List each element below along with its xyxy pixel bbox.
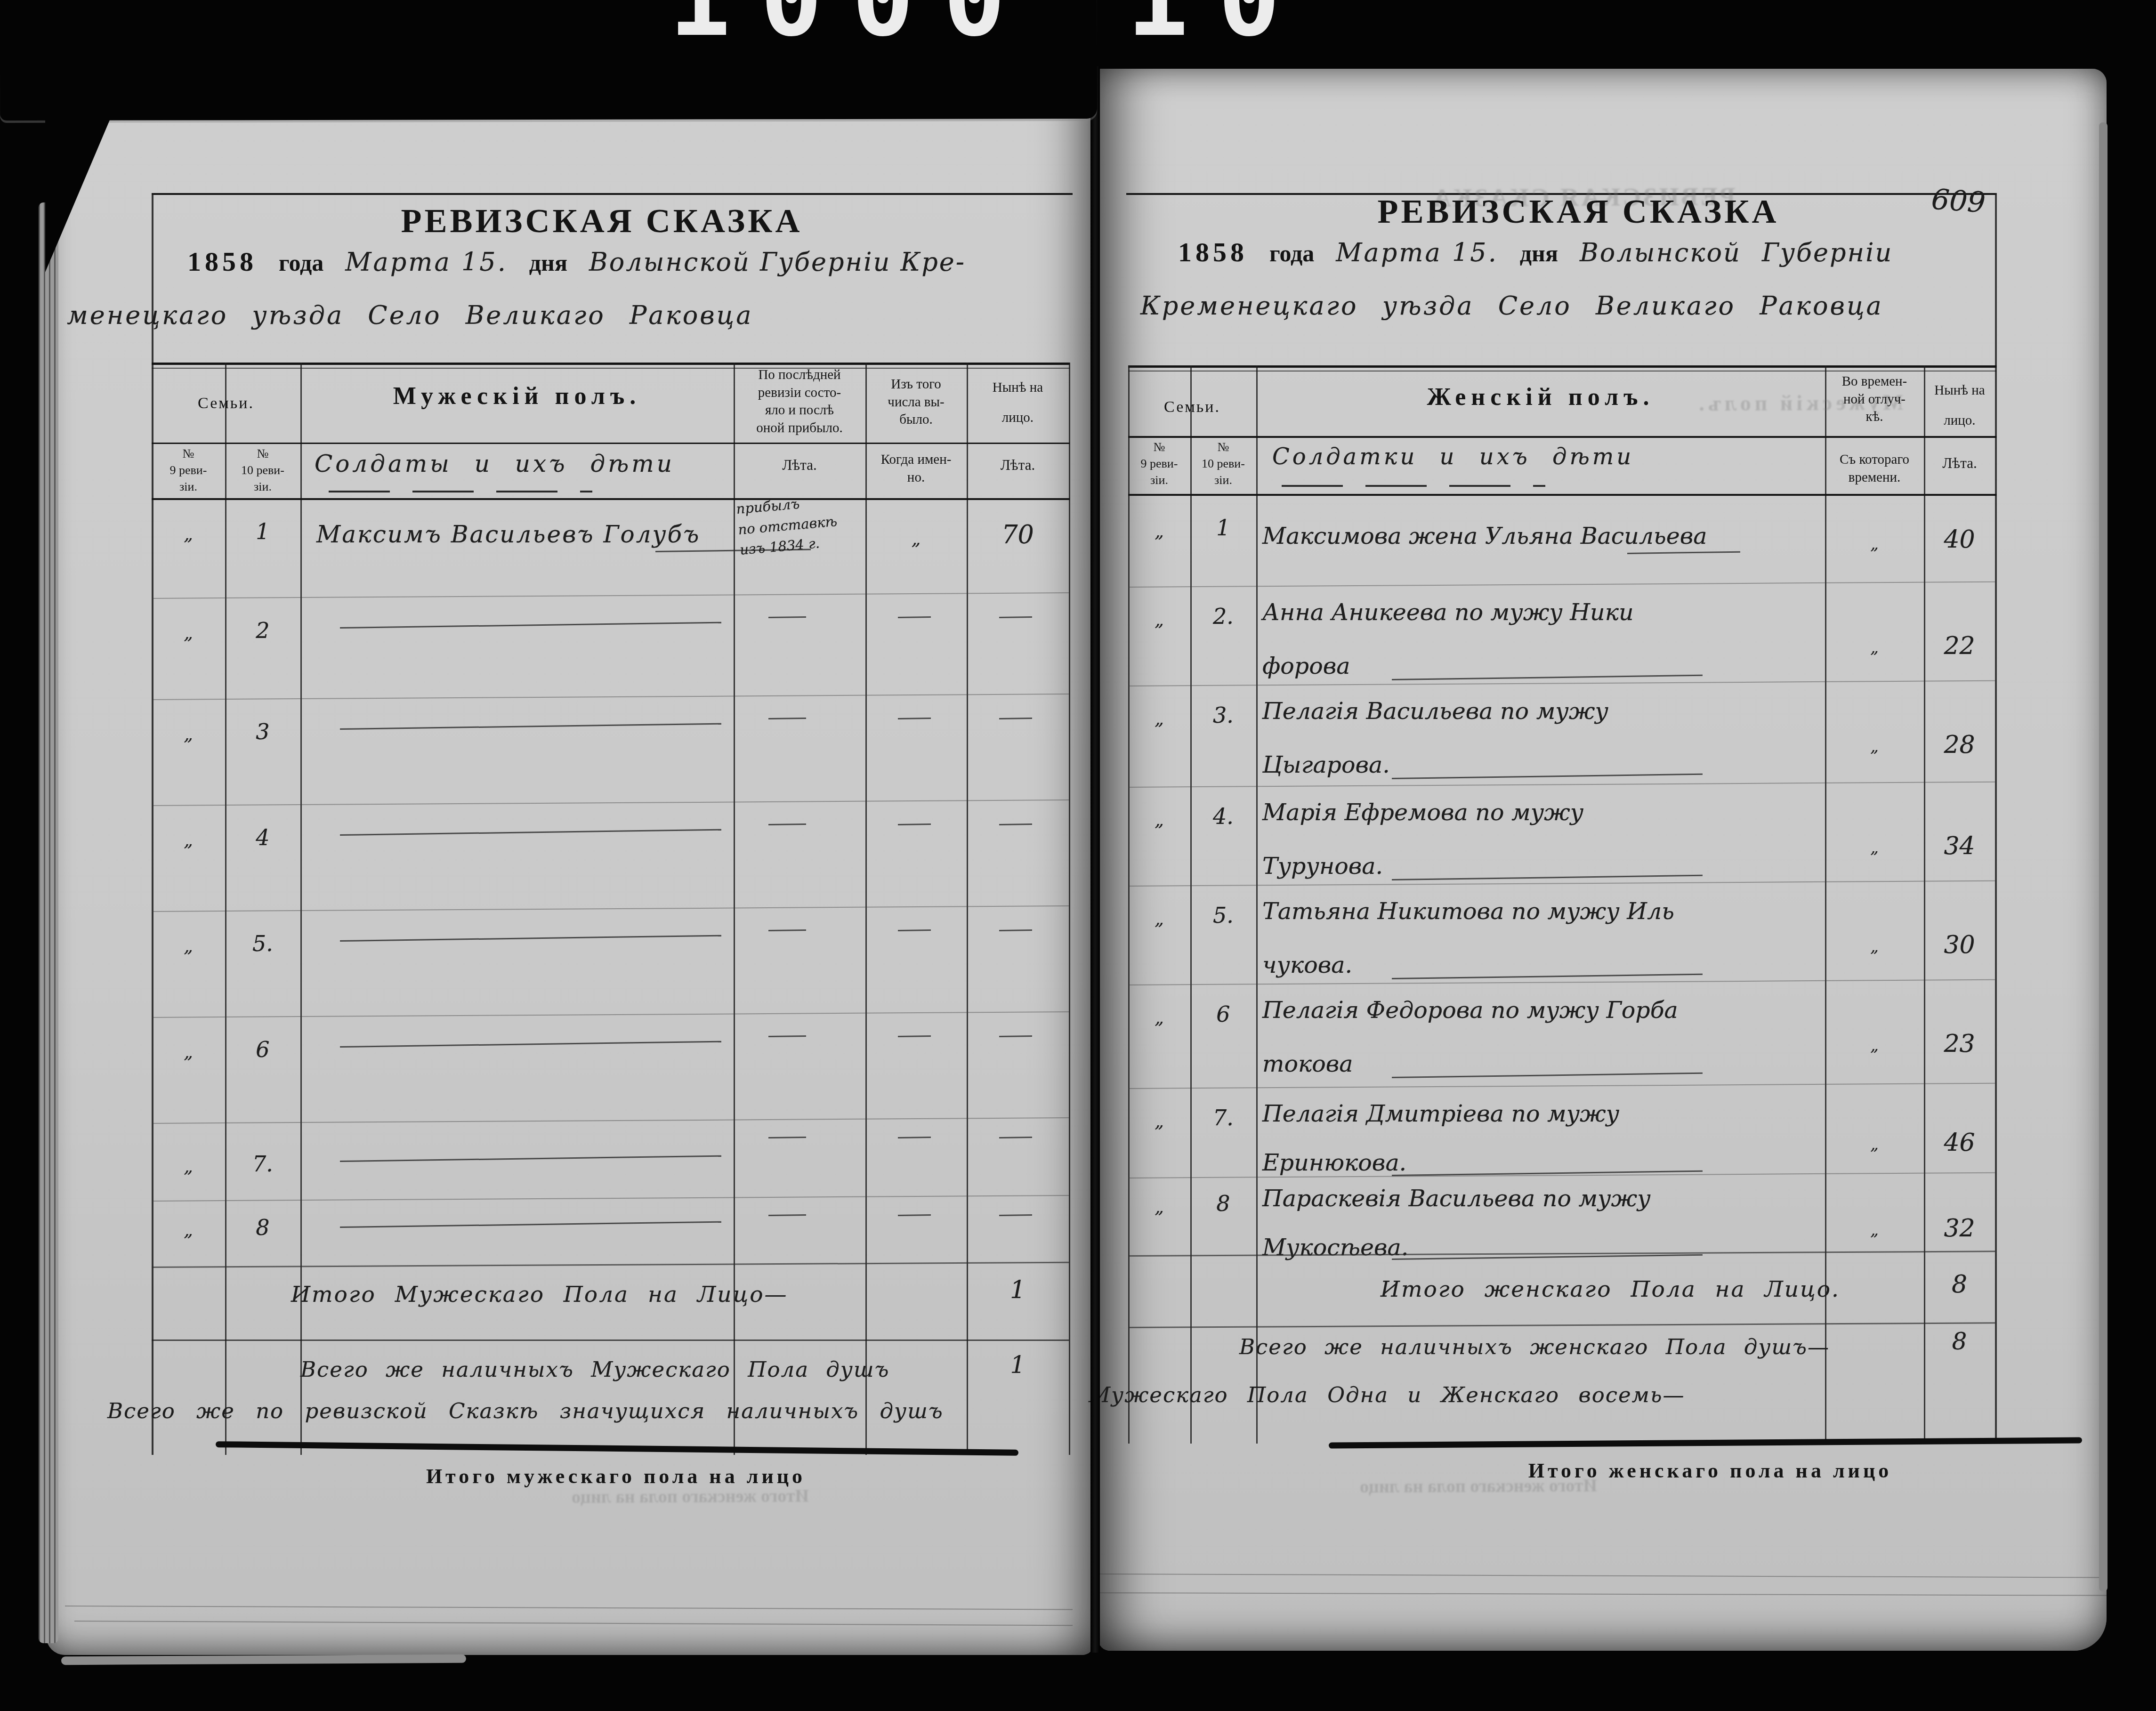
col-header-present: Нынѣ на лицо.	[968, 373, 1068, 433]
person-name: Максимова жена Ульяна Васильева	[1262, 523, 1707, 549]
blank-entry-line	[340, 1155, 721, 1162]
dash-mark	[768, 929, 806, 931]
person-name-line1: Пелагія Дмитріева по мужу	[1262, 1100, 1619, 1127]
grand-total-continuation: Мужескаго Пола Одна и Женскаго восемь—	[1089, 1382, 1785, 1407]
totals-divider-rule	[1128, 1322, 1995, 1328]
total-on-hand-value: 1	[967, 1276, 1069, 1304]
col-header-male-sex: Мужескій полъ.	[300, 382, 734, 410]
dash-mark	[999, 1214, 1032, 1216]
age-value: 28	[1924, 731, 1995, 759]
page-edge-crease	[74, 1621, 1073, 1626]
family-number: 4.	[1190, 804, 1256, 829]
col-header-present: Нынѣ на лицо.	[1925, 376, 1995, 436]
total-on-hand-label: Итого женскаго Пола на Лицо.	[1381, 1276, 1908, 1302]
person-name-line2: Еринюкова.	[1262, 1149, 1406, 1176]
age-value: 23	[1924, 1030, 1995, 1058]
family-number: 5.	[1190, 903, 1256, 928]
family-number: 7.	[1190, 1105, 1256, 1130]
dash-mark	[768, 1035, 806, 1037]
age-value: 32	[1924, 1214, 1995, 1243]
family-number: 6	[225, 1037, 300, 1062]
table-row: „ 7. Пелагія Дмитріева по мужу Еринюкова…	[1128, 1088, 1995, 1178]
ditto-mark: „	[1128, 708, 1190, 729]
entry-trailing-line	[1627, 551, 1740, 554]
col-header-revision10: № 10 реви- зіи.	[1190, 439, 1256, 488]
ditto-mark: „	[1128, 1007, 1190, 1028]
dash-mark	[898, 616, 931, 618]
ditto-mark: „	[1825, 737, 1924, 756]
ditto-mark: „	[1128, 609, 1190, 630]
entry-trailing-line	[1392, 675, 1703, 680]
person-name-line2: токова	[1262, 1050, 1353, 1077]
entry-trailing-line	[1392, 774, 1703, 779]
printed-footer-male: Итого мужескаго пола на лицо	[225, 1464, 1007, 1488]
ditto-mark: „	[152, 524, 225, 544]
ditto-mark: „	[1128, 521, 1190, 541]
ditto-mark: „	[152, 1041, 225, 1062]
revision-date-line: 1858 года Марта 15. дня Волынской Губерн…	[1178, 236, 1893, 268]
table-right-rule	[1069, 363, 1070, 1455]
age-value: 40	[1924, 525, 1995, 554]
table-row: „ 4	[152, 805, 1069, 911]
sum-souls-label: Всего же наличныхъ женскаго Пола душъ—	[1239, 1334, 1898, 1359]
family-number: 2	[225, 618, 300, 643]
age-value: 46	[1924, 1129, 1995, 1157]
category-header-handwritten: Солдатки и ихъ дѣти	[1272, 444, 1720, 470]
person-name-line1: Пелагія Васильева по мужу	[1262, 698, 1608, 725]
sum-souls-value: 1	[967, 1351, 1069, 1379]
table-top-rule-thin	[1128, 371, 1996, 371]
dash-mark	[999, 929, 1032, 931]
entry-trailing-line	[1392, 875, 1703, 880]
page-edge-crease	[1098, 1592, 2107, 1596]
bleedthrough-footer-text: Итого женскаго пола на лицо	[1136, 1475, 1597, 1498]
ditto-mark: „	[152, 830, 225, 850]
table-row: „ 5. Татьяна Никитова по мужу Иль чукова…	[1128, 886, 1995, 985]
blank-entry-line	[340, 1041, 721, 1048]
family-number: 2.	[1190, 604, 1256, 629]
family-number: 8	[225, 1215, 300, 1240]
entry-trailing-line	[1392, 1254, 1703, 1260]
col-header-departed: Изъ того числа вы- было.	[866, 376, 966, 429]
family-number: 7.	[225, 1151, 300, 1177]
ditto-mark: „	[1825, 535, 1924, 554]
grand-total-line: Всего же по ревизской Сказкѣ значущихся …	[107, 1398, 1106, 1423]
totals-divider-rule	[152, 1340, 1069, 1341]
left-frame-top-rule	[152, 193, 1073, 195]
ditto-mark: „	[1825, 937, 1924, 956]
dash-mark	[898, 1137, 931, 1138]
dash-mark	[768, 823, 806, 825]
date-dnya-label: дня	[529, 249, 567, 276]
ditto-mark: „	[1825, 1221, 1924, 1240]
dash-mark	[768, 718, 806, 719]
table-row: „ 7.	[152, 1123, 1069, 1201]
blank-entry-line	[340, 829, 721, 836]
microfilm-scan: РЕВИЗСКАЯ СКАЗКА 1858 года Марта 15. дня…	[0, 0, 2156, 1711]
col-header-absent: Во времен- ной отлуч- кѣ.	[1826, 373, 1923, 426]
person-name: Максимъ Васильевъ Голубъ	[316, 521, 700, 548]
table-row: „ 1 Максимова жена Ульяна Васильева „ 40	[1128, 498, 1995, 587]
header-divider-rule	[1128, 436, 1996, 438]
person-name-line2: форова	[1262, 653, 1350, 679]
ditto-mark: „	[152, 936, 225, 956]
total-on-hand-value: 8	[1924, 1270, 1995, 1299]
dash-mark	[999, 823, 1032, 825]
family-number: 5.	[225, 931, 300, 956]
table-row: „ 3	[152, 699, 1069, 805]
left-page: РЕВИЗСКАЯ СКАЗКА 1858 года Марта 15. дня…	[46, 80, 1094, 1655]
date-year: 1858	[1178, 236, 1248, 268]
family-number: 6	[1190, 1001, 1256, 1027]
family-number: 3.	[1190, 702, 1256, 728]
film-frame-counter: 1000 10	[669, 0, 1337, 53]
col-header-revision10: № 10 реви- зіи.	[225, 445, 300, 495]
date-year: 1858	[187, 246, 257, 277]
category-header-handwritten: Солдаты и ихъ дѣти	[315, 450, 738, 477]
page-stack-edges-right	[2099, 122, 2108, 1591]
person-name-line2: Цыгарова.	[1262, 751, 1390, 778]
person-name-line1: Пелагія Федорова по мужу Горба	[1262, 997, 1678, 1024]
page-number: 609	[1930, 183, 2036, 223]
table-row: „ 2. Анна Аникеева по мужу Ники форова „…	[1128, 587, 1995, 686]
col-header-age: Лѣта.	[735, 457, 864, 474]
age-value: 70	[967, 520, 1069, 549]
col-header-revision9: № 9 реви- зіи.	[1128, 439, 1190, 488]
sum-souls-label: Всего же наличныхъ Мужескаго Пола душъ	[300, 1357, 969, 1382]
col-header-when-exactly: Когда имен- но.	[866, 451, 966, 486]
page-edge-crease	[65, 1606, 1073, 1610]
col-header-age2: Лѣта.	[968, 457, 1068, 474]
dash-mark	[898, 929, 931, 931]
date-goda-label: года	[1269, 240, 1314, 267]
dash-mark	[999, 616, 1032, 618]
table-row: „ 6	[152, 1017, 1069, 1123]
hand-underline	[1329, 1437, 2082, 1448]
dash-mark	[898, 1214, 931, 1216]
right-frame-margin-rule	[1995, 193, 1997, 1444]
date-goda-label: года	[279, 249, 323, 276]
col-header-last-revision: По послѣдней ревизіи состо- яло и послѣ …	[735, 366, 864, 437]
col-header-family: Семьи.	[1128, 398, 1256, 416]
ditto-mark: „	[1128, 1196, 1190, 1217]
ditto-mark: „	[1825, 1135, 1924, 1154]
dash-mark	[768, 1214, 806, 1216]
ditto-mark: „	[1825, 1036, 1924, 1055]
age-value: 34	[1924, 832, 1995, 860]
ditto-mark: „	[1128, 809, 1190, 830]
family-number: 8	[1190, 1191, 1256, 1216]
table-top-rule	[152, 363, 1070, 365]
dash-mark	[768, 616, 806, 618]
blank-entry-line	[340, 1221, 721, 1228]
right-page: 609 РЕВИЗСКАЯ СКАЗКА РЕВИЗСКАЯ СКАЗКА 18…	[1098, 69, 2107, 1651]
ditto-mark: „	[1825, 638, 1924, 657]
table-row: „ 5.	[152, 911, 1069, 1017]
dash-mark	[999, 1035, 1032, 1037]
dash-mark	[898, 1035, 931, 1037]
province-handwritten: Волынской Губерніи Кре-	[589, 247, 966, 277]
date-day-handwritten: Марта 15.	[345, 247, 508, 277]
page-title: РЕВИЗСКАЯ СКАЗКА	[206, 202, 997, 241]
ditto-mark: „	[1128, 908, 1190, 929]
ditto-mark: „	[152, 724, 225, 744]
page-edge-crease	[1098, 1574, 2107, 1578]
dash-mark	[999, 718, 1032, 719]
handwritten-underline	[1282, 485, 1545, 487]
hand-underline	[216, 1441, 1018, 1456]
province-handwritten: Волынской Губерніи	[1580, 238, 1893, 267]
date-dnya-label: дня	[1520, 240, 1558, 267]
header-divider-rule	[152, 443, 1070, 444]
person-name-line2: Турунова.	[1262, 853, 1383, 880]
page-stack-edge-bottom-left	[61, 1655, 466, 1665]
age-value: 30	[1924, 931, 1995, 959]
dash-mark	[768, 1137, 806, 1138]
handwritten-underline	[329, 491, 592, 492]
person-name-line2: Мукосѣева.	[1262, 1234, 1408, 1261]
person-name-line1: Анна Аникеева по мужу Ники	[1262, 599, 1633, 626]
ditto-mark: „	[152, 1219, 225, 1240]
blank-entry-line	[340, 723, 721, 730]
table-row: „ 8	[152, 1201, 1069, 1267]
person-name-line2: чукова.	[1262, 952, 1352, 978]
family-number: 1	[225, 519, 300, 544]
family-number: 1	[1190, 515, 1256, 541]
entry-trailing-line	[1392, 1073, 1703, 1078]
page-stack-edges-left	[39, 202, 58, 1643]
entry-trailing-line	[1392, 974, 1703, 979]
age-value: 22	[1924, 632, 1995, 660]
person-name-line1: Марія Ефремова по мужу	[1262, 799, 1583, 826]
table-row: „ 3. Пелагія Васильева по мужу Цыгарова.…	[1128, 686, 1995, 787]
family-number: 3	[225, 719, 300, 744]
table-row: „ 4. Марія Ефремова по мужу Турунова. „ …	[1128, 787, 1995, 886]
table-top-rule	[1128, 365, 1996, 368]
dash-mark	[898, 823, 931, 825]
table-row: „ 8 Параскевія Васильева по мужу Мукосѣе…	[1128, 1178, 1995, 1255]
col-header-female-sex: Женскій полъ.	[1256, 383, 1825, 411]
col-header-revision9: № 9 реви- зіи.	[152, 445, 225, 495]
table-row: „ 1 Максимъ Васильевъ Голубъ прибылъ по …	[152, 499, 1069, 598]
header-bottom-rule	[1128, 494, 1996, 496]
place-line-handwritten: Кременецкаго уѣзда Село Великаго Раковца	[1140, 291, 1941, 321]
date-day-handwritten: Марта 15.	[1336, 238, 1498, 267]
place-line-handwritten: менецкаго уѣзда Село Великаго Раковца	[67, 300, 896, 330]
col-header-age: Лѣта.	[1925, 455, 1995, 472]
ditto-mark: „	[152, 622, 225, 643]
blank-entry-line	[340, 935, 721, 942]
ditto-mark: „	[865, 528, 967, 549]
revision-date-line: 1858 года Марта 15. дня Волынской Губерн…	[187, 246, 966, 277]
blank-entry-line	[340, 622, 721, 629]
film-counter-digits: 1000 10	[669, 0, 1309, 53]
dash-mark	[898, 718, 931, 719]
table-top-rule-thin	[152, 368, 1070, 369]
bleedthrough-footer-text: Итого женскаго пола на лицо	[338, 1485, 809, 1509]
col-header-since-when: Съ котораго времени.	[1826, 451, 1923, 486]
table-row: „ 6 Пелагія Федорова по мужу Горба токов…	[1128, 985, 1995, 1088]
total-on-hand-label: Итого Мужескаго Пола на Лицо—	[291, 1282, 856, 1307]
person-name-line1: Татьяна Никитова по мужу Иль	[1262, 898, 1674, 925]
revision-note: прибылъ по отставкѣ изъ 1834 г.	[735, 488, 872, 560]
page-title: РЕВИЗСКАЯ СКАЗКА	[1239, 192, 1917, 231]
person-name-line1: Параскевія Васильева по мужу	[1262, 1185, 1651, 1212]
book-spine-shadow	[1090, 66, 1100, 1653]
family-number: 4	[225, 825, 300, 850]
sum-souls-value: 8	[1924, 1328, 1995, 1355]
ditto-mark: „	[1128, 1111, 1190, 1131]
col-header-family: Семьи.	[152, 395, 300, 412]
table-row: „ 2	[152, 598, 1069, 699]
dash-mark	[999, 1137, 1032, 1138]
ditto-mark: „	[1825, 839, 1924, 857]
ditto-mark: „	[152, 1156, 225, 1177]
